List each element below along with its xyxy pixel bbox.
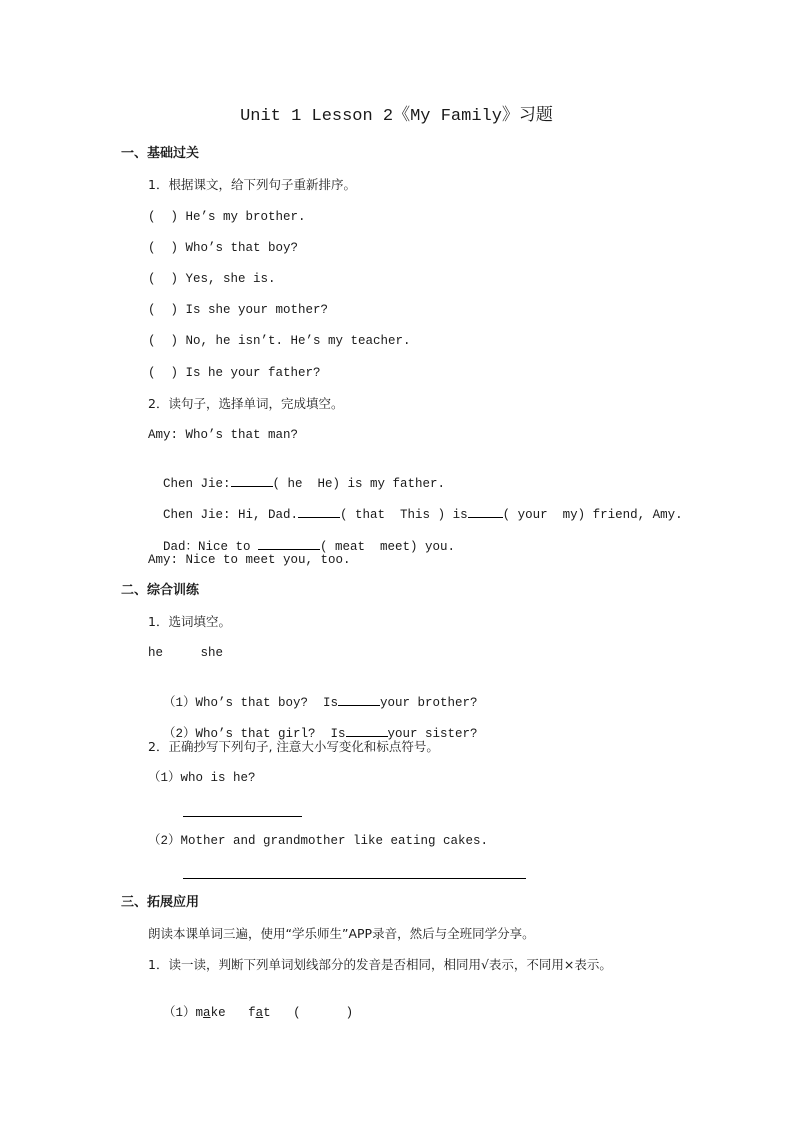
underlined-letter: a xyxy=(203,1006,211,1020)
dialogue-line: Chen Jie: Hi, Dad.( that This ) is( your… xyxy=(148,489,683,523)
word-part: ke xyxy=(211,1006,226,1020)
options-text: ( your my) friend, Amy. xyxy=(503,508,683,522)
fill-blank[interactable] xyxy=(258,537,320,550)
fill-blank[interactable] xyxy=(231,474,273,487)
answer-line[interactable] xyxy=(183,878,526,879)
fill-blank[interactable] xyxy=(338,693,380,706)
dialogue-line: Amy: Nice to meet you, too. xyxy=(148,552,351,568)
fill-blank[interactable] xyxy=(298,505,340,518)
s1-q1-prompt: 1．根据课文，给下列句子重新排序。 xyxy=(148,177,356,193)
s3-q1-prompt: 1．读一读，判断下列单词划线部分的发音是否相同，相同用√表示，不同用×表示。 xyxy=(148,957,612,973)
fill-blank[interactable] xyxy=(468,505,503,518)
dialogue-line: Chen Jie:( he He) is my father. xyxy=(148,458,445,492)
word-part: m xyxy=(196,1006,204,1020)
word-part: f xyxy=(248,1006,256,1020)
s1-q2-prompt: 2．读句子，选择单词，完成填空。 xyxy=(148,396,343,412)
section-1-heading: 一、基础过关 xyxy=(121,146,199,162)
options-text: ( that This ) is xyxy=(340,508,468,522)
s1-q1-item: ( ) Who’s that boy? xyxy=(148,240,298,256)
s2-q2-item: （2）Mother and grandmother like eating ca… xyxy=(148,833,488,849)
word-part: t xyxy=(263,1006,271,1020)
page-title: Unit 1 Lesson 2《My Family》习题 xyxy=(0,106,793,128)
fill-blank[interactable] xyxy=(346,724,388,737)
s1-q1-item: ( ) He’s my brother. xyxy=(148,209,306,225)
s1-q1-item: ( ) No, he isn’t. He’s my teacher. xyxy=(148,333,411,349)
underlined-letter: a xyxy=(256,1006,264,1020)
speaker-text: Chen Jie: Hi, Dad. xyxy=(163,508,298,522)
dialogue-line: Dad：Nice to ( meat meet) you. xyxy=(148,521,455,555)
s1-q1-item: ( ) Yes, she is. xyxy=(148,271,276,287)
s2-q1-item: （2）Who’s that girl? Isyour sister? xyxy=(148,708,478,742)
s3-q1-item: （1）make fat ( ) xyxy=(148,989,353,1021)
s1-q1-item: ( ) Is she your mother? xyxy=(148,302,328,318)
s2-q1-item: （1）Who’s that boy? Isyour brother? xyxy=(148,677,478,711)
dialogue-line: Amy: Who’s that man? xyxy=(148,427,298,443)
answer-parens[interactable]: ( ) xyxy=(293,1006,353,1020)
s3-intro: 朗读本课单词三遍，使用“学乐师生”APP录音，然后与全班同学分享。 xyxy=(148,926,535,942)
item-label: （1） xyxy=(163,1006,196,1020)
s2-q2-prompt: 2．正确抄写下列句子, 注意大小写变化和标点符号。 xyxy=(148,739,439,755)
answer-line[interactable] xyxy=(183,816,302,817)
section-3-heading: 三、拓展应用 xyxy=(121,895,199,911)
word-options: he she xyxy=(148,645,223,661)
section-2-heading: 二、综合训练 xyxy=(121,583,199,599)
s2-q2-item: （1）who is he? xyxy=(148,770,256,786)
s2-q1-prompt: 1．选词填空。 xyxy=(148,614,231,630)
s1-q1-item: ( ) Is he your father? xyxy=(148,365,321,381)
